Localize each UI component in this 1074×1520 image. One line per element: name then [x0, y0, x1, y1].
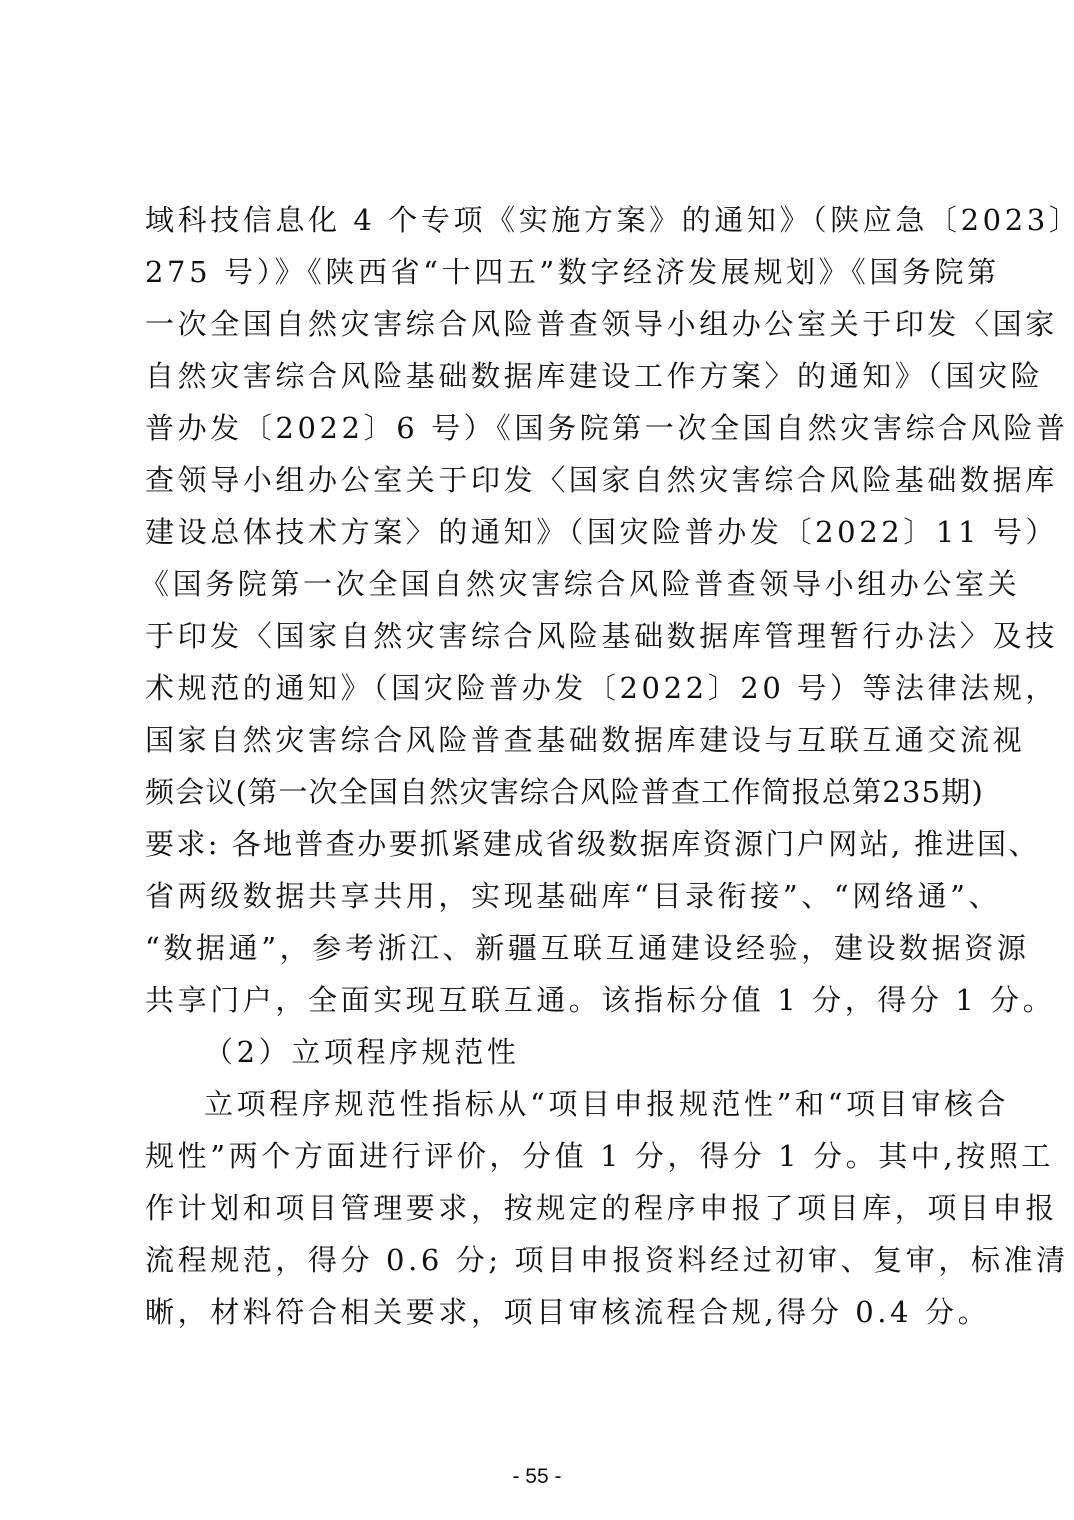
- body-text-line: 术规范的通知》（国灾险普办发〔2022〕20 号）等法律法规，: [145, 671, 945, 705]
- body-text-line: 《国务院第一次全国自然灾害综合风险普查领导小组办公室关: [140, 567, 940, 601]
- body-text-line: 于印发〈国家自然灾害综合风险基础数据库管理暂行办法〉及技: [145, 619, 945, 653]
- body-text-line: 共享门户，全面实现互联互通。该指标分值 1 分，得分 1 分。: [145, 983, 945, 1017]
- body-text-line: 域科技信息化 4 个专项《实施方案》的通知》（陕应急〔2023〕: [145, 203, 945, 237]
- paragraph-line: 规性”两个方面进行评价，分值 1 分，得分 1 分。其中,按照工: [145, 1139, 945, 1173]
- document-page: 域科技信息化 4 个专项《实施方案》的通知》（陕应急〔2023〕 275 号）》…: [0, 0, 1074, 1520]
- paragraph-line: 流程规范，得分 0.6 分; 项目申报资料经过初审、复审，标准清: [145, 1243, 945, 1277]
- body-text-line: 275 号）》《陕西省“十四五”数字经济发展规划》《国务院第: [145, 255, 945, 289]
- body-text-line: 普办发〔2022〕6 号）《国务院第一次全国自然灾害综合风险普: [145, 411, 945, 445]
- body-text-line: 省两级数据共享共用，实现基础库“目录衔接”、“网络通”、: [145, 879, 945, 913]
- body-text-line: 自然灾害综合风险基础数据库建设工作方案〉的通知》（国灾险: [145, 359, 945, 393]
- section-heading: （2）立项程序规范性: [204, 1035, 1004, 1069]
- paragraph-line: 晰，材料符合相关要求，项目审核流程合规,得分 0.4 分。: [145, 1295, 945, 1329]
- paragraph-line: 立项程序规范性指标从“项目申报规范性”和“项目审核合: [204, 1087, 944, 1121]
- body-text-line: 要求: 各地普查办要抓紧建成省级数据库资源门户网站, 推进国、: [145, 827, 945, 861]
- body-text-line: “数据通”，参考浙江、新疆互联互通建设经验，建设数据资源: [145, 931, 945, 965]
- paragraph-line: 作计划和项目管理要求，按规定的程序申报了项目库，项目申报: [145, 1191, 945, 1225]
- body-text-line: 建设总体技术方案〉的通知》（国灾险普办发〔2022〕11 号）: [145, 515, 945, 549]
- body-text-line: 频会议(第一次全国自然灾害综合风险普查工作简报总第235期): [145, 775, 945, 809]
- page-number: - 55 -: [0, 1465, 1074, 1489]
- body-text-line: 一次全国自然灾害综合风险普查领导小组办公室关于印发〈国家: [145, 307, 945, 341]
- body-text-line: 查领导小组办公室关于印发〈国家自然灾害综合风险基础数据库: [145, 463, 945, 497]
- body-text-line: 国家自然灾害综合风险普查基础数据库建设与互联互通交流视: [145, 723, 945, 757]
